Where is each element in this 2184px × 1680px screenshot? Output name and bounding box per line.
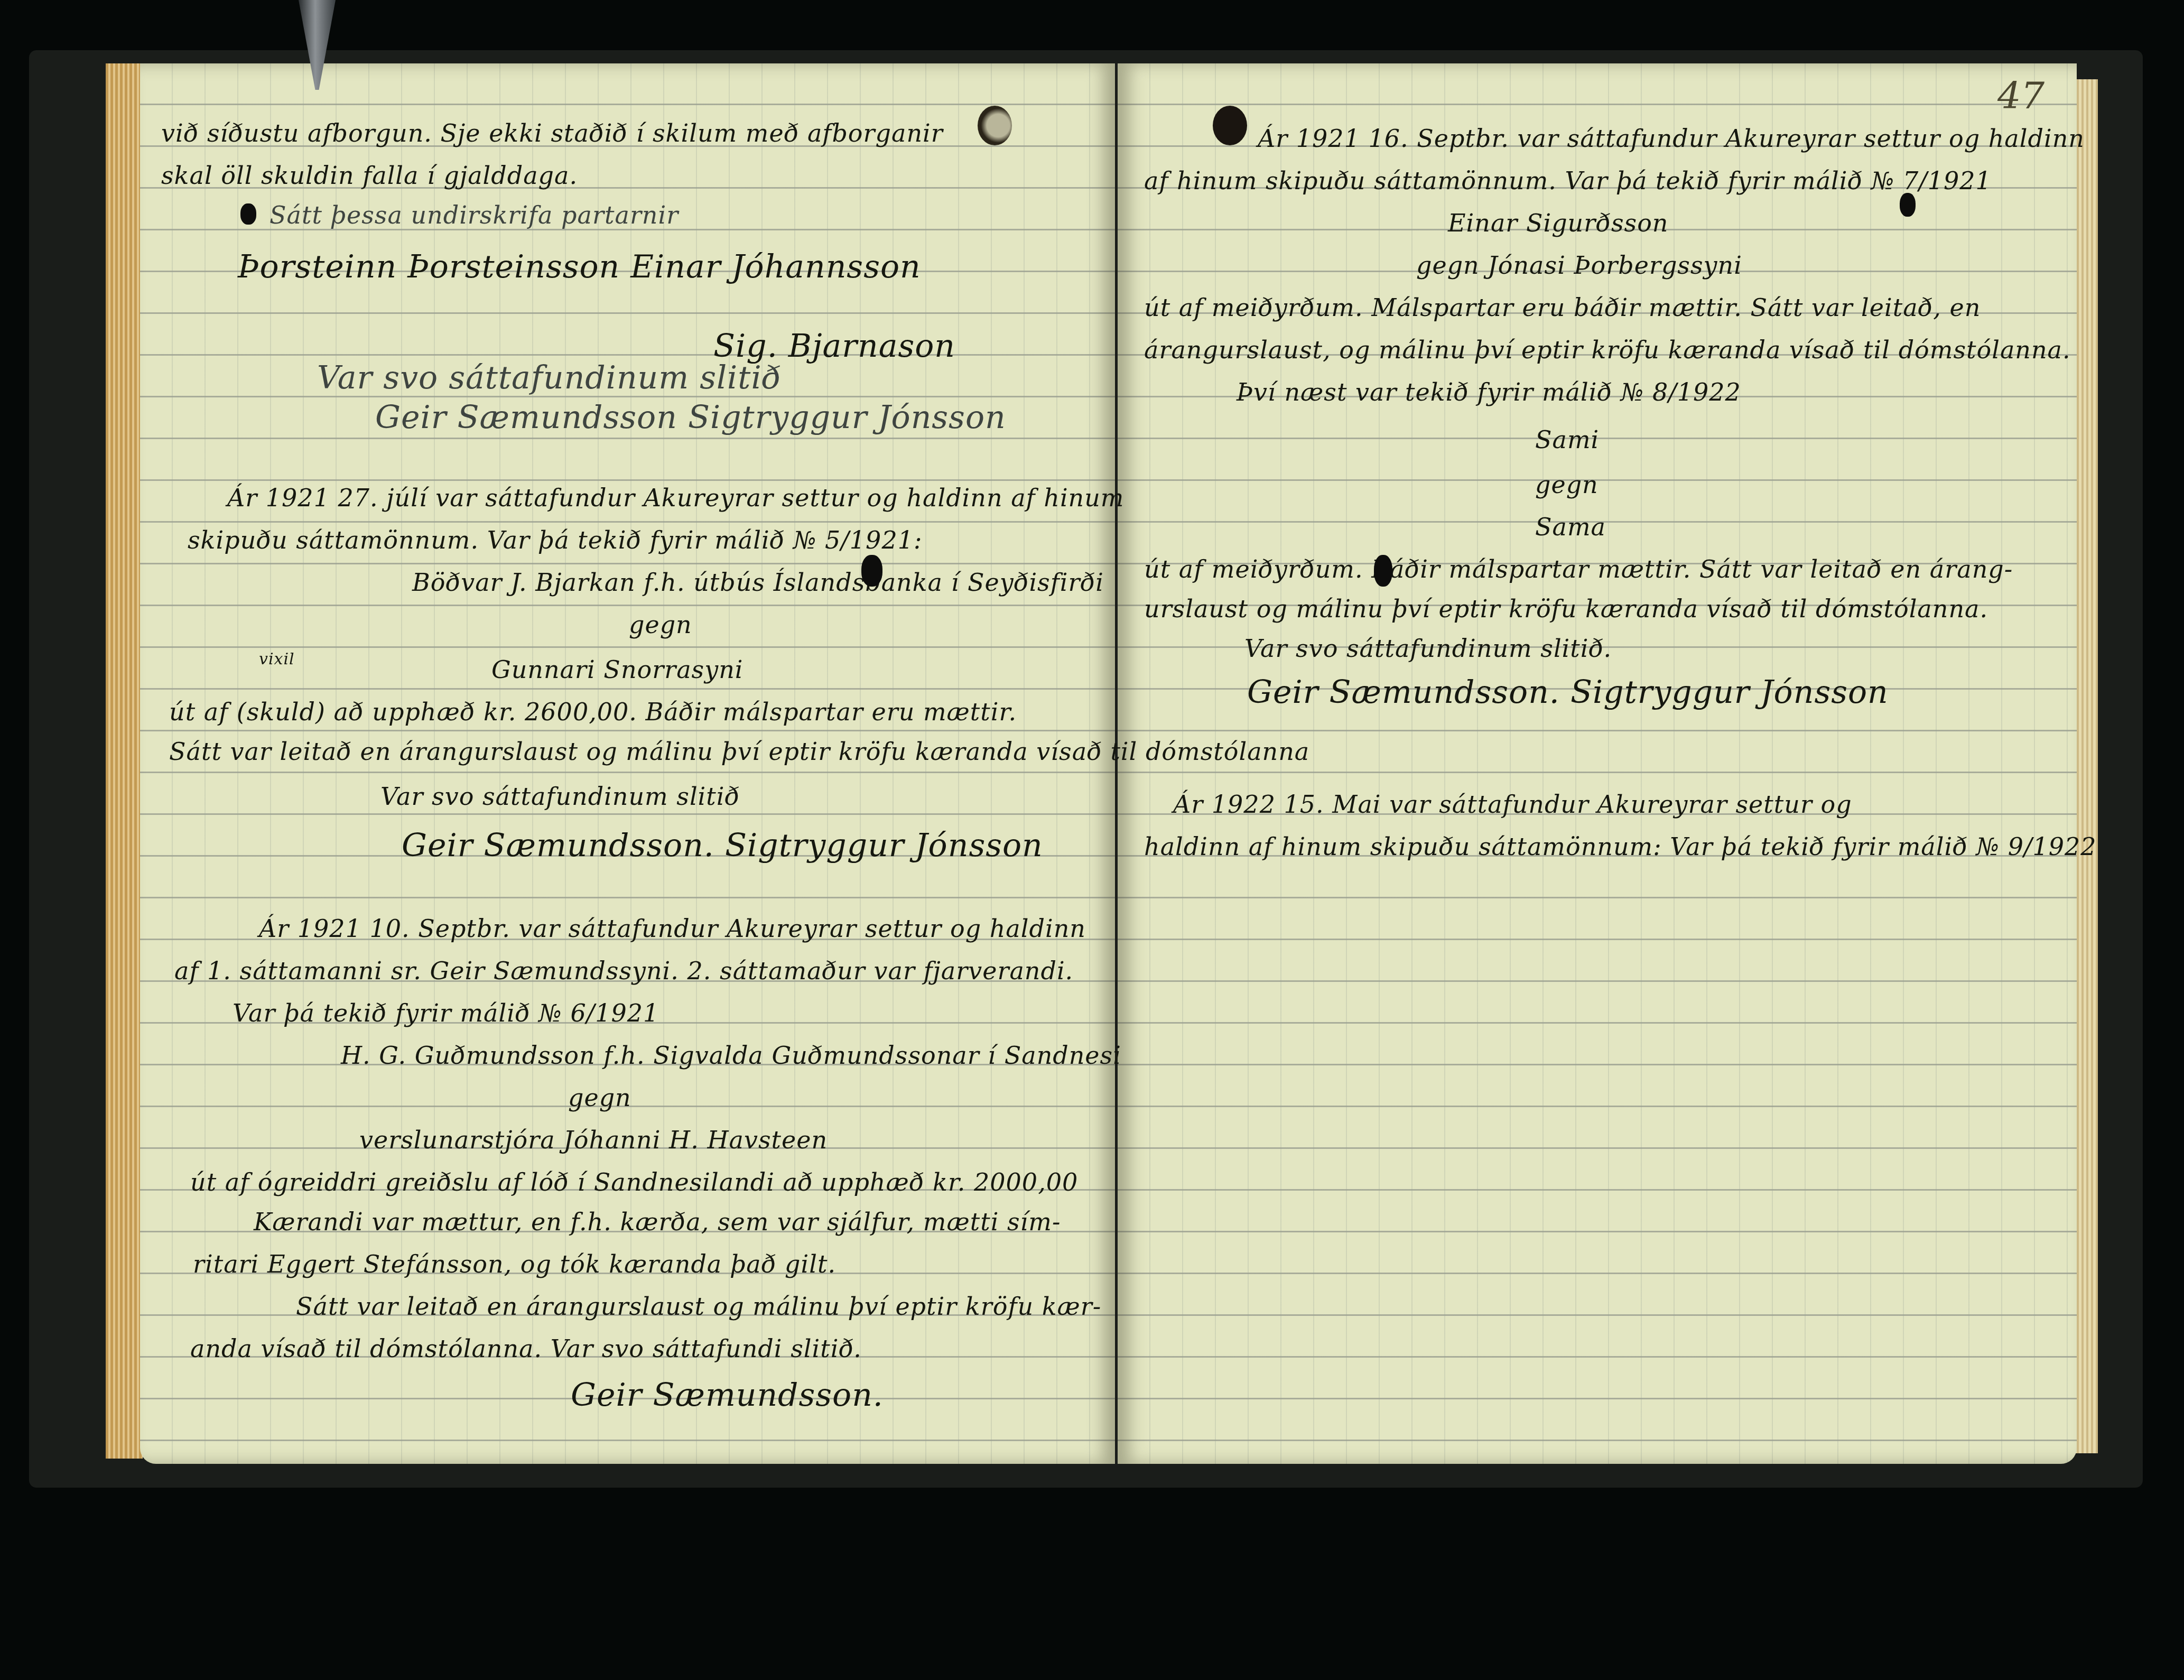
left-page-line: Sátt var leitað en árangurslaust og máli… [169,737,1309,766]
right-page-line: árangurslaust, og málinu því eptir kröfu… [1144,336,2071,364]
left-page-line: Var þá tekið fyrir málið № 6/1921 [233,999,659,1027]
left-page-line: vixil [259,650,295,669]
right-page-line: út af meiðyrðum. Báðir málspartar mættir… [1144,555,2013,583]
left-page-line: anda vísað til dómstólanna. Var svo sátt… [190,1334,862,1363]
left-page-line: Kærandi var mættur, en f.h. kærða, sem v… [254,1208,1061,1236]
left-page-line: út af (skuld) að upphæð kr. 2600,00. Báð… [169,698,1017,726]
right-page-line: af hinum skipuðu sáttamönnum. Var þá tek… [1144,166,1992,195]
right-page-line: haldinn af hinum skipuðu sáttamönnum: Va… [1144,832,2097,861]
left-page-line: skipuðu sáttamönnum. Var þá tekið fyrir … [188,526,922,554]
right-page-line: Því næst var tekið fyrir málið № 8/1922 [1237,378,1741,406]
left-page-line: Var svo sáttafundinum slitið [380,782,740,811]
left-page-line: af 1. sáttamanni sr. Geir Sæmundssyni. 2… [174,957,1073,985]
page-edges-left [106,63,143,1459]
right-page-line: Ár 1921 16. Septbr. var sáttafundur Akur… [1258,124,2085,153]
left-page-line: gegn [568,1083,631,1112]
left-page-line: Böðvar J. Bjarkan f.h. útbús Íslandsbank… [412,568,1104,597]
left-page-line: verslunarstjóra Jóhanni H. Havsteen [359,1126,828,1154]
left-page-line: Geir Sæmundsson Sigtryggur Jónsson [375,399,1006,436]
punch-hole-left [978,106,1012,145]
page-number: 47 [1997,74,2044,117]
right-page-line: Einar Sigurðsson [1448,209,1668,237]
left-page-line: Geir Sæmundsson. Sigtryggur Jónsson [402,827,1043,864]
left-page-line: Var svo sáttafundinum slitið [317,359,782,396]
right-page-line: urslaust og málinu því eptir kröfu kæran… [1144,595,1988,623]
left-page-line: Gunnari Snorrasyni [491,655,744,684]
ink-blot [1374,555,1392,587]
left-page-line: Sátt var leitað en árangurslaust og máli… [296,1292,1101,1321]
left-page-line: gegn [629,610,692,639]
left-page-line: Ár 1921 10. Septbr. var sáttafundur Akur… [259,914,1086,943]
left-page-line: skal öll skuldin falla í gjalddaga. [161,161,578,190]
ink-blot [240,203,256,225]
punch-hole-right [1213,106,1247,145]
left-page-line: Geir Sæmundsson. [571,1377,884,1414]
right-page-line: Sami [1535,425,1599,454]
right-page-line: Sama [1535,513,1606,541]
right-page-line: Geir Sæmundsson. Sigtryggur Jónsson [1247,674,1889,711]
right-page-line: út af meiðyrðum. Málspartar eru báðir mæ… [1144,293,1981,322]
left-page-line: út af ógreiddri greiðslu af lóð í Sandne… [190,1168,1078,1196]
left-page-line: H. G. Guðmundsson f.h. Sigvalda Guðmunds… [341,1041,1121,1070]
ink-blot [1900,193,1916,217]
page-edges-right [2074,79,2098,1453]
left-page-line: Sátt þessa undirskrifa partarnir [269,201,679,229]
right-page-line: Ár 1922 15. Mai var sáttafundur Akureyra… [1173,790,1852,819]
right-page-line: gegn Jónasi Þorbergssyni [1416,251,1742,280]
ink-blot [861,555,882,587]
left-page-line: við síðustu afborgun. Sje ekki staðið í … [161,119,943,147]
left-page-line: Ár 1921 27. júlí var sáttafundur Akureyr… [227,484,1124,512]
right-page-line: gegn [1535,470,1598,499]
left-page-line: ritari Eggert Stefánsson, og tók kæranda… [193,1250,836,1278]
left-page-line: Þorsteinn Þorsteinsson Einar Jóhannsson [238,248,921,285]
right-page-line: Var svo sáttafundinum slitið. [1244,634,1612,663]
